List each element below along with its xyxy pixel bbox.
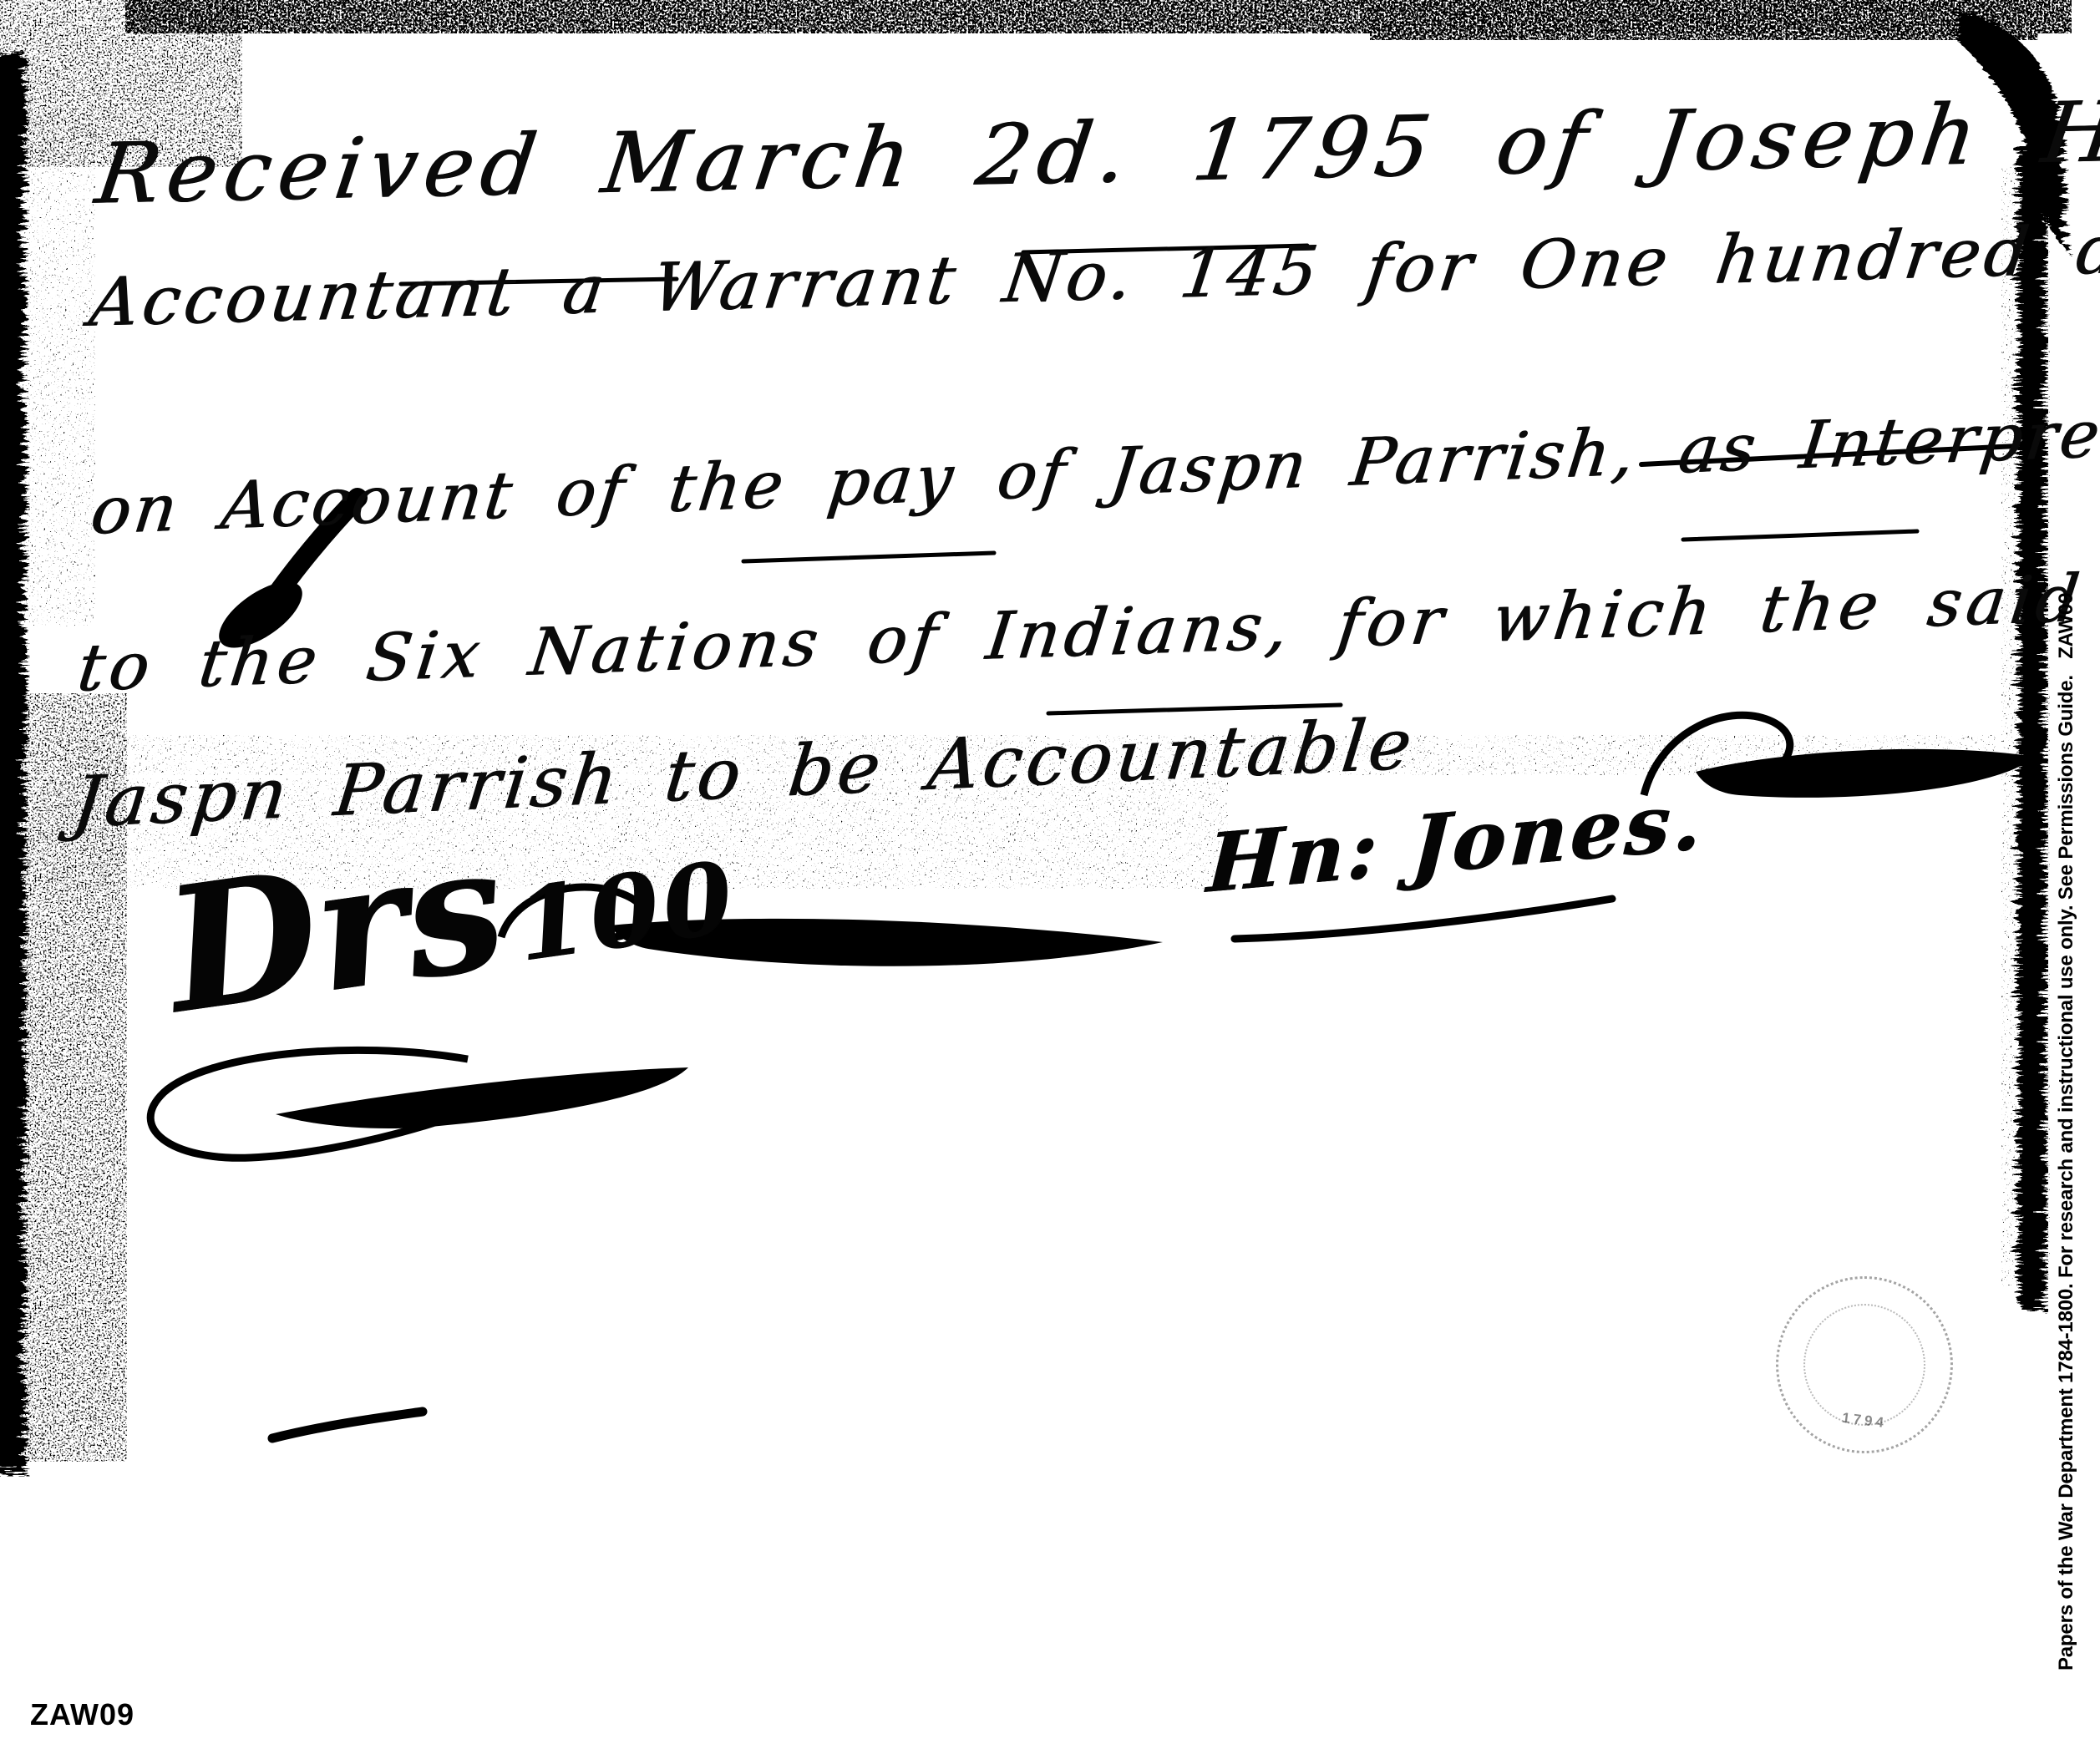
scanned-receipt-page: { "receipt": { "lines": [ "Received Marc… [0,0,2100,1739]
archive-stamp: 1794 [1776,1276,1953,1453]
rights-credit-text: Papers of the War Department 1784-1800. … [2055,547,2078,1671]
page-code: ZAW09 [30,1697,134,1732]
amount-value: 100 [510,847,743,976]
signature-underline [1235,899,1612,939]
amount-label: Drs [157,822,513,1038]
flourish-amount-bottom [150,1050,688,1158]
